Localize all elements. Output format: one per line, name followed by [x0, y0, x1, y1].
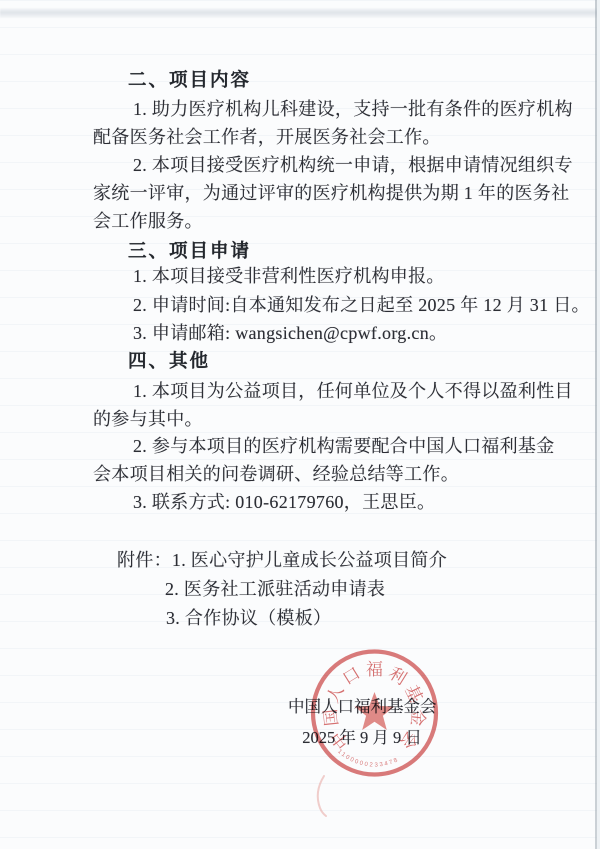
- attachment-line-2: 2. 医务社工派驻活动申请表: [165, 575, 385, 601]
- doc-line: 2. 本项目接受医疗机构统一申请，根据申请情况组织专: [133, 151, 573, 177]
- seal-char: 人: [323, 682, 348, 706]
- official-seal: 中 国 人 口 福 利 基 金 会 1100000233478: [309, 647, 440, 780]
- seal-char: 会: [396, 727, 421, 752]
- heading-project-content: 二、项目内容: [128, 66, 251, 92]
- doc-line: 的参与其中。: [93, 405, 203, 431]
- seal-char: 基: [401, 682, 426, 706]
- doc-line: 2. 参与本项目的医疗机构需要配合中国人口福利基金: [133, 432, 555, 458]
- seal-char: 福: [366, 660, 383, 679]
- heading-project-application: 三、项目申请: [128, 237, 251, 263]
- seal-char: 国: [321, 708, 342, 727]
- doc-line-email: 3. 申请邮箱: wangsichen@cpwf.org.cn。: [133, 319, 447, 345]
- doc-line: 1. 助力医疗机构儿科建设，支持一批有条件的医疗机构: [133, 95, 573, 121]
- seal-char: 金: [407, 708, 428, 727]
- doc-line: 会工作服务。: [93, 207, 203, 233]
- doc-line: 家统一评审，为通过评审的医疗机构提供为期 1 年的医务社: [93, 179, 569, 205]
- seal-char: 口: [339, 664, 363, 689]
- star-icon: [355, 692, 395, 730]
- doc-line: 1. 本项目为公益项目，任何单位及个人不得以盈利性目: [133, 377, 573, 403]
- scanned-document-page: 二、项目内容 1. 助力医疗机构儿科建设，支持一批有条件的医疗机构 配备医务社会…: [0, 0, 600, 849]
- doc-line: 会本项目相关的问卷调研、经验总结等工作。: [93, 460, 459, 486]
- doc-line: 配备医务社会工作者，开展医务社会工作。: [93, 123, 441, 149]
- attachment-line-1: 附件：1. 医心守护儿童成长公益项目简介: [117, 546, 447, 572]
- doc-line-contact: 3. 联系方式: 010-62179760，王思臣。: [133, 488, 435, 514]
- doc-line: 2. 申请时间:自本通知发布之日起至 2025 年 12 月 31 日。: [133, 291, 590, 317]
- doc-line: 1. 本项目接受非营利性医疗机构申报。: [133, 262, 445, 288]
- heading-other: 四、其他: [128, 347, 210, 373]
- attachment-line-3: 3. 合作协议（模板）: [166, 604, 331, 630]
- scan-artifact-top-band: [0, 8, 600, 18]
- scan-artifact-right-edge: [595, 0, 597, 849]
- seal-smudge-mark: [308, 772, 348, 820]
- seal-char: 中: [328, 727, 353, 752]
- seal-char: 利: [385, 664, 409, 689]
